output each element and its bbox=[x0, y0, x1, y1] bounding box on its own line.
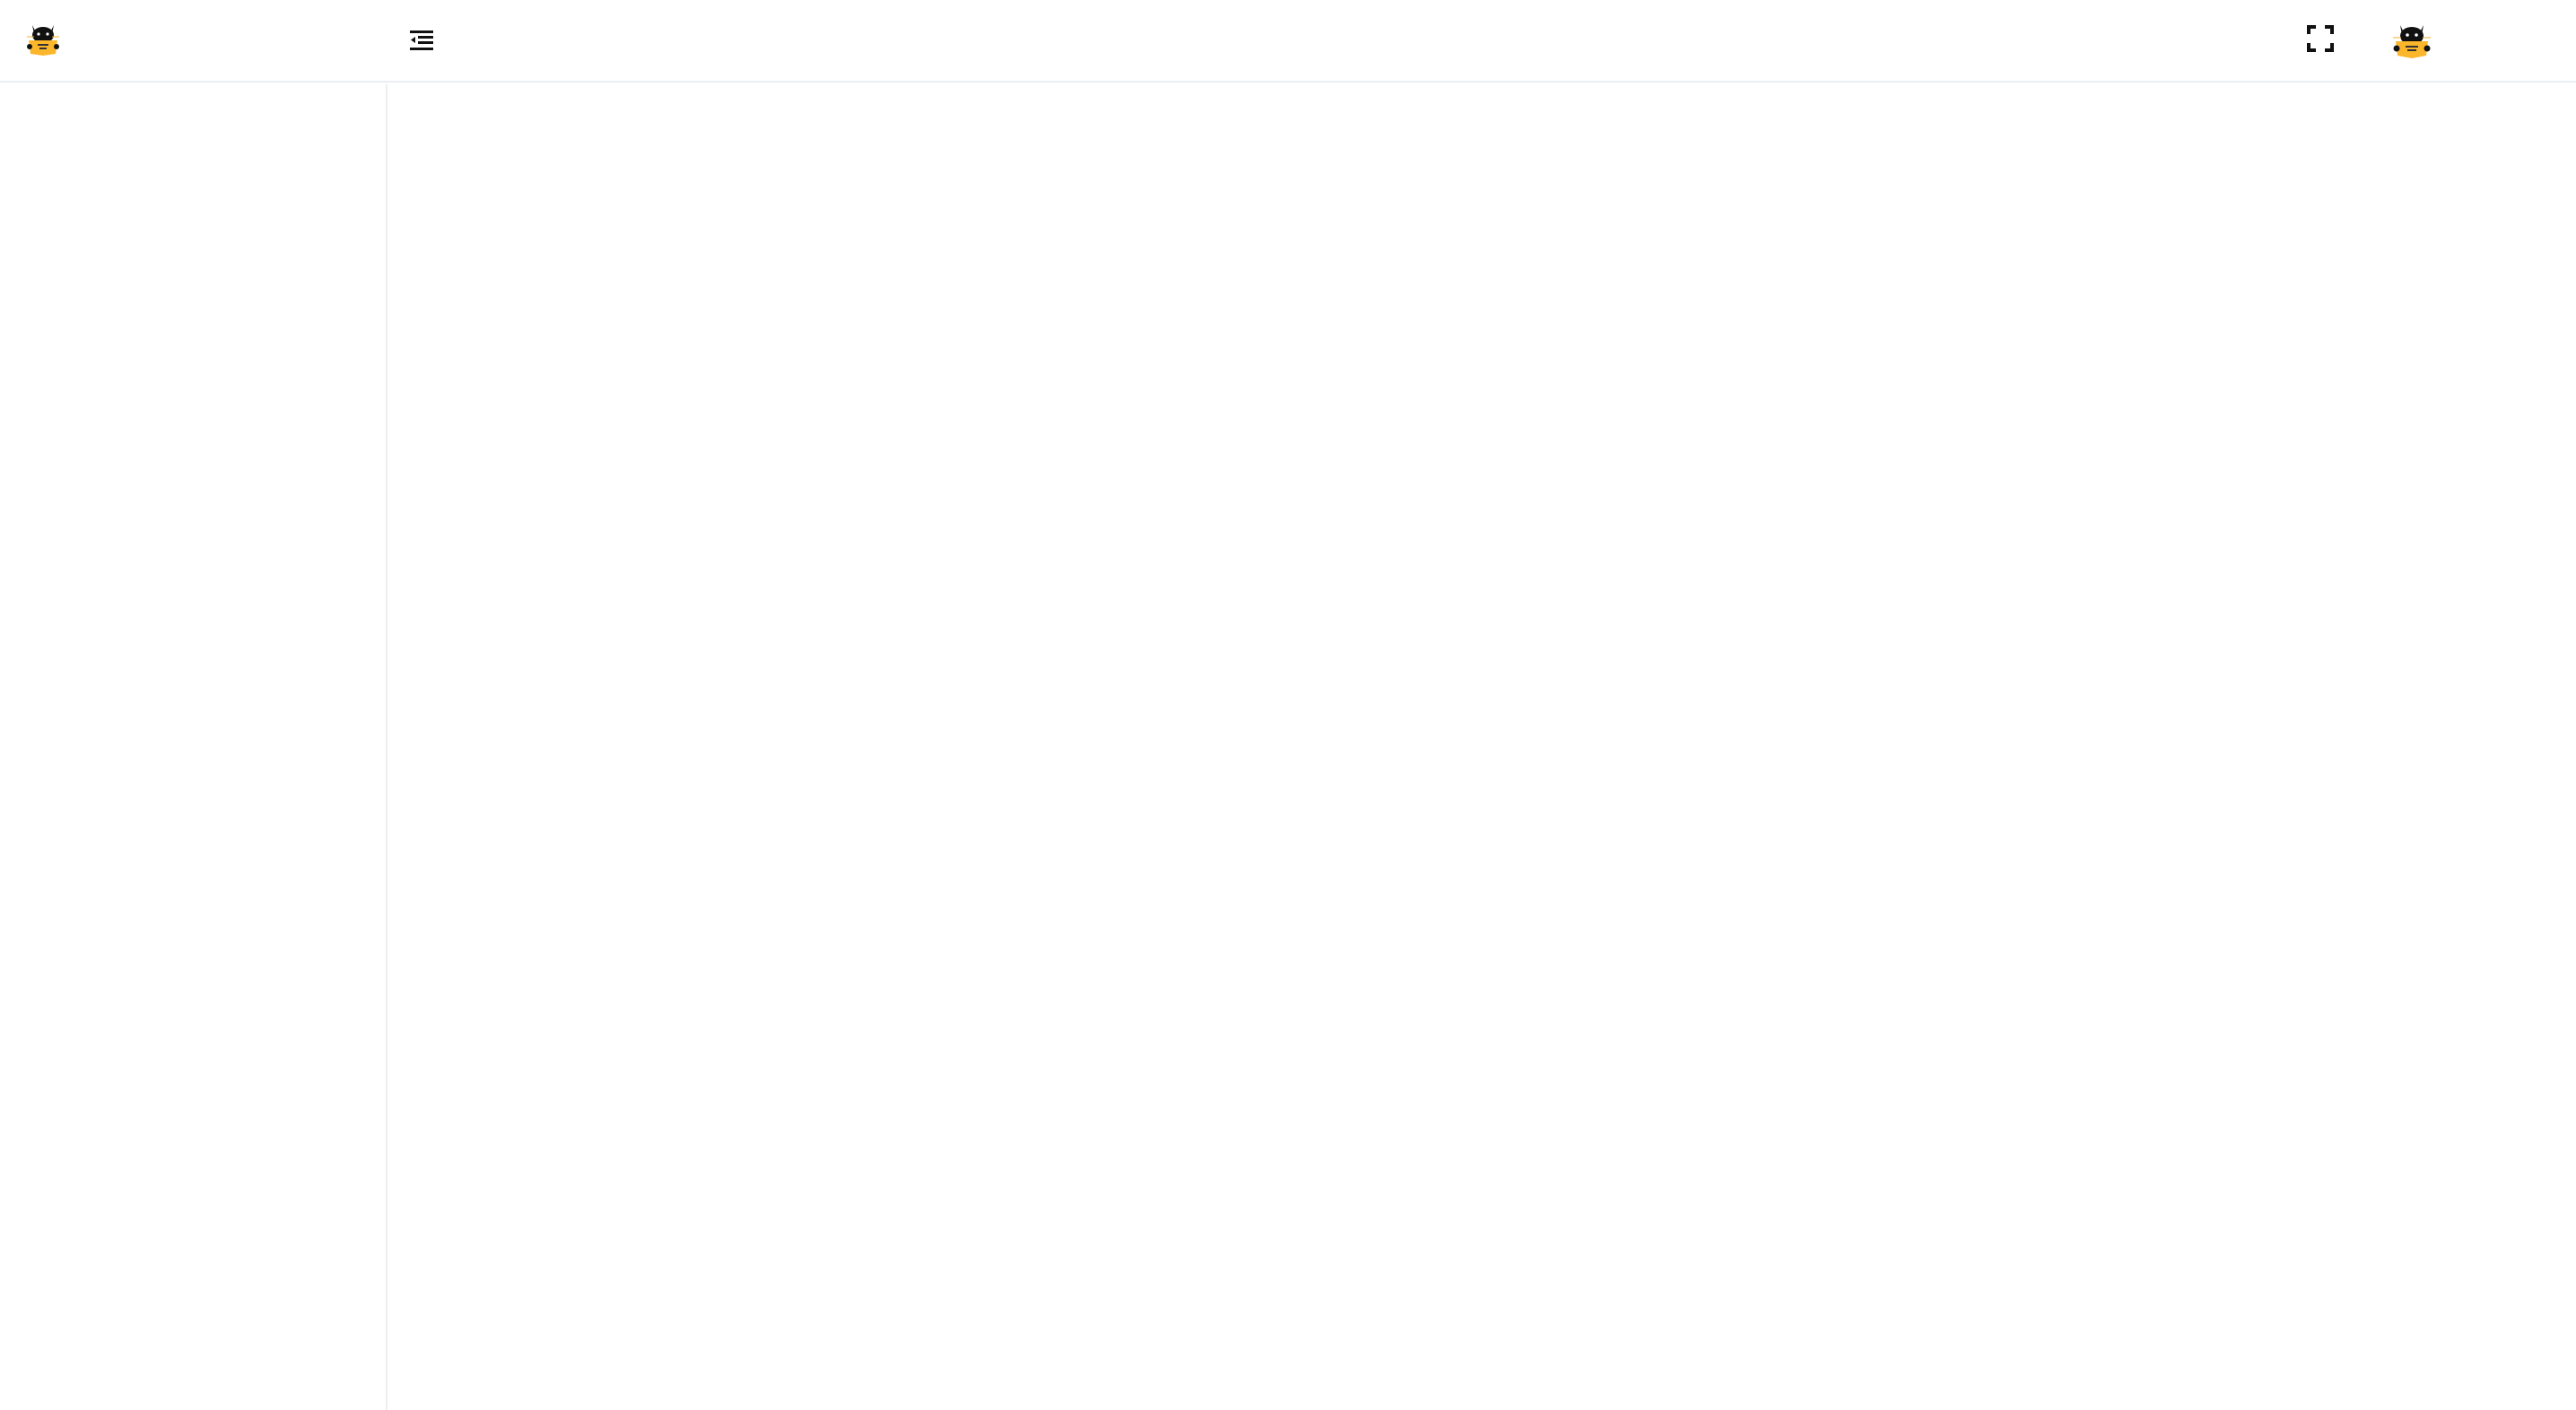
top-header bbox=[0, 0, 2576, 83]
cat-logo-icon[interactable] bbox=[25, 20, 61, 57]
sidebar bbox=[0, 84, 387, 1410]
cat-avatar-icon[interactable] bbox=[2391, 20, 2432, 59]
menu-collapse-icon[interactable] bbox=[408, 27, 435, 54]
sidebar-item-home[interactable] bbox=[0, 84, 387, 165]
fullscreen-icon[interactable] bbox=[2307, 25, 2334, 52]
